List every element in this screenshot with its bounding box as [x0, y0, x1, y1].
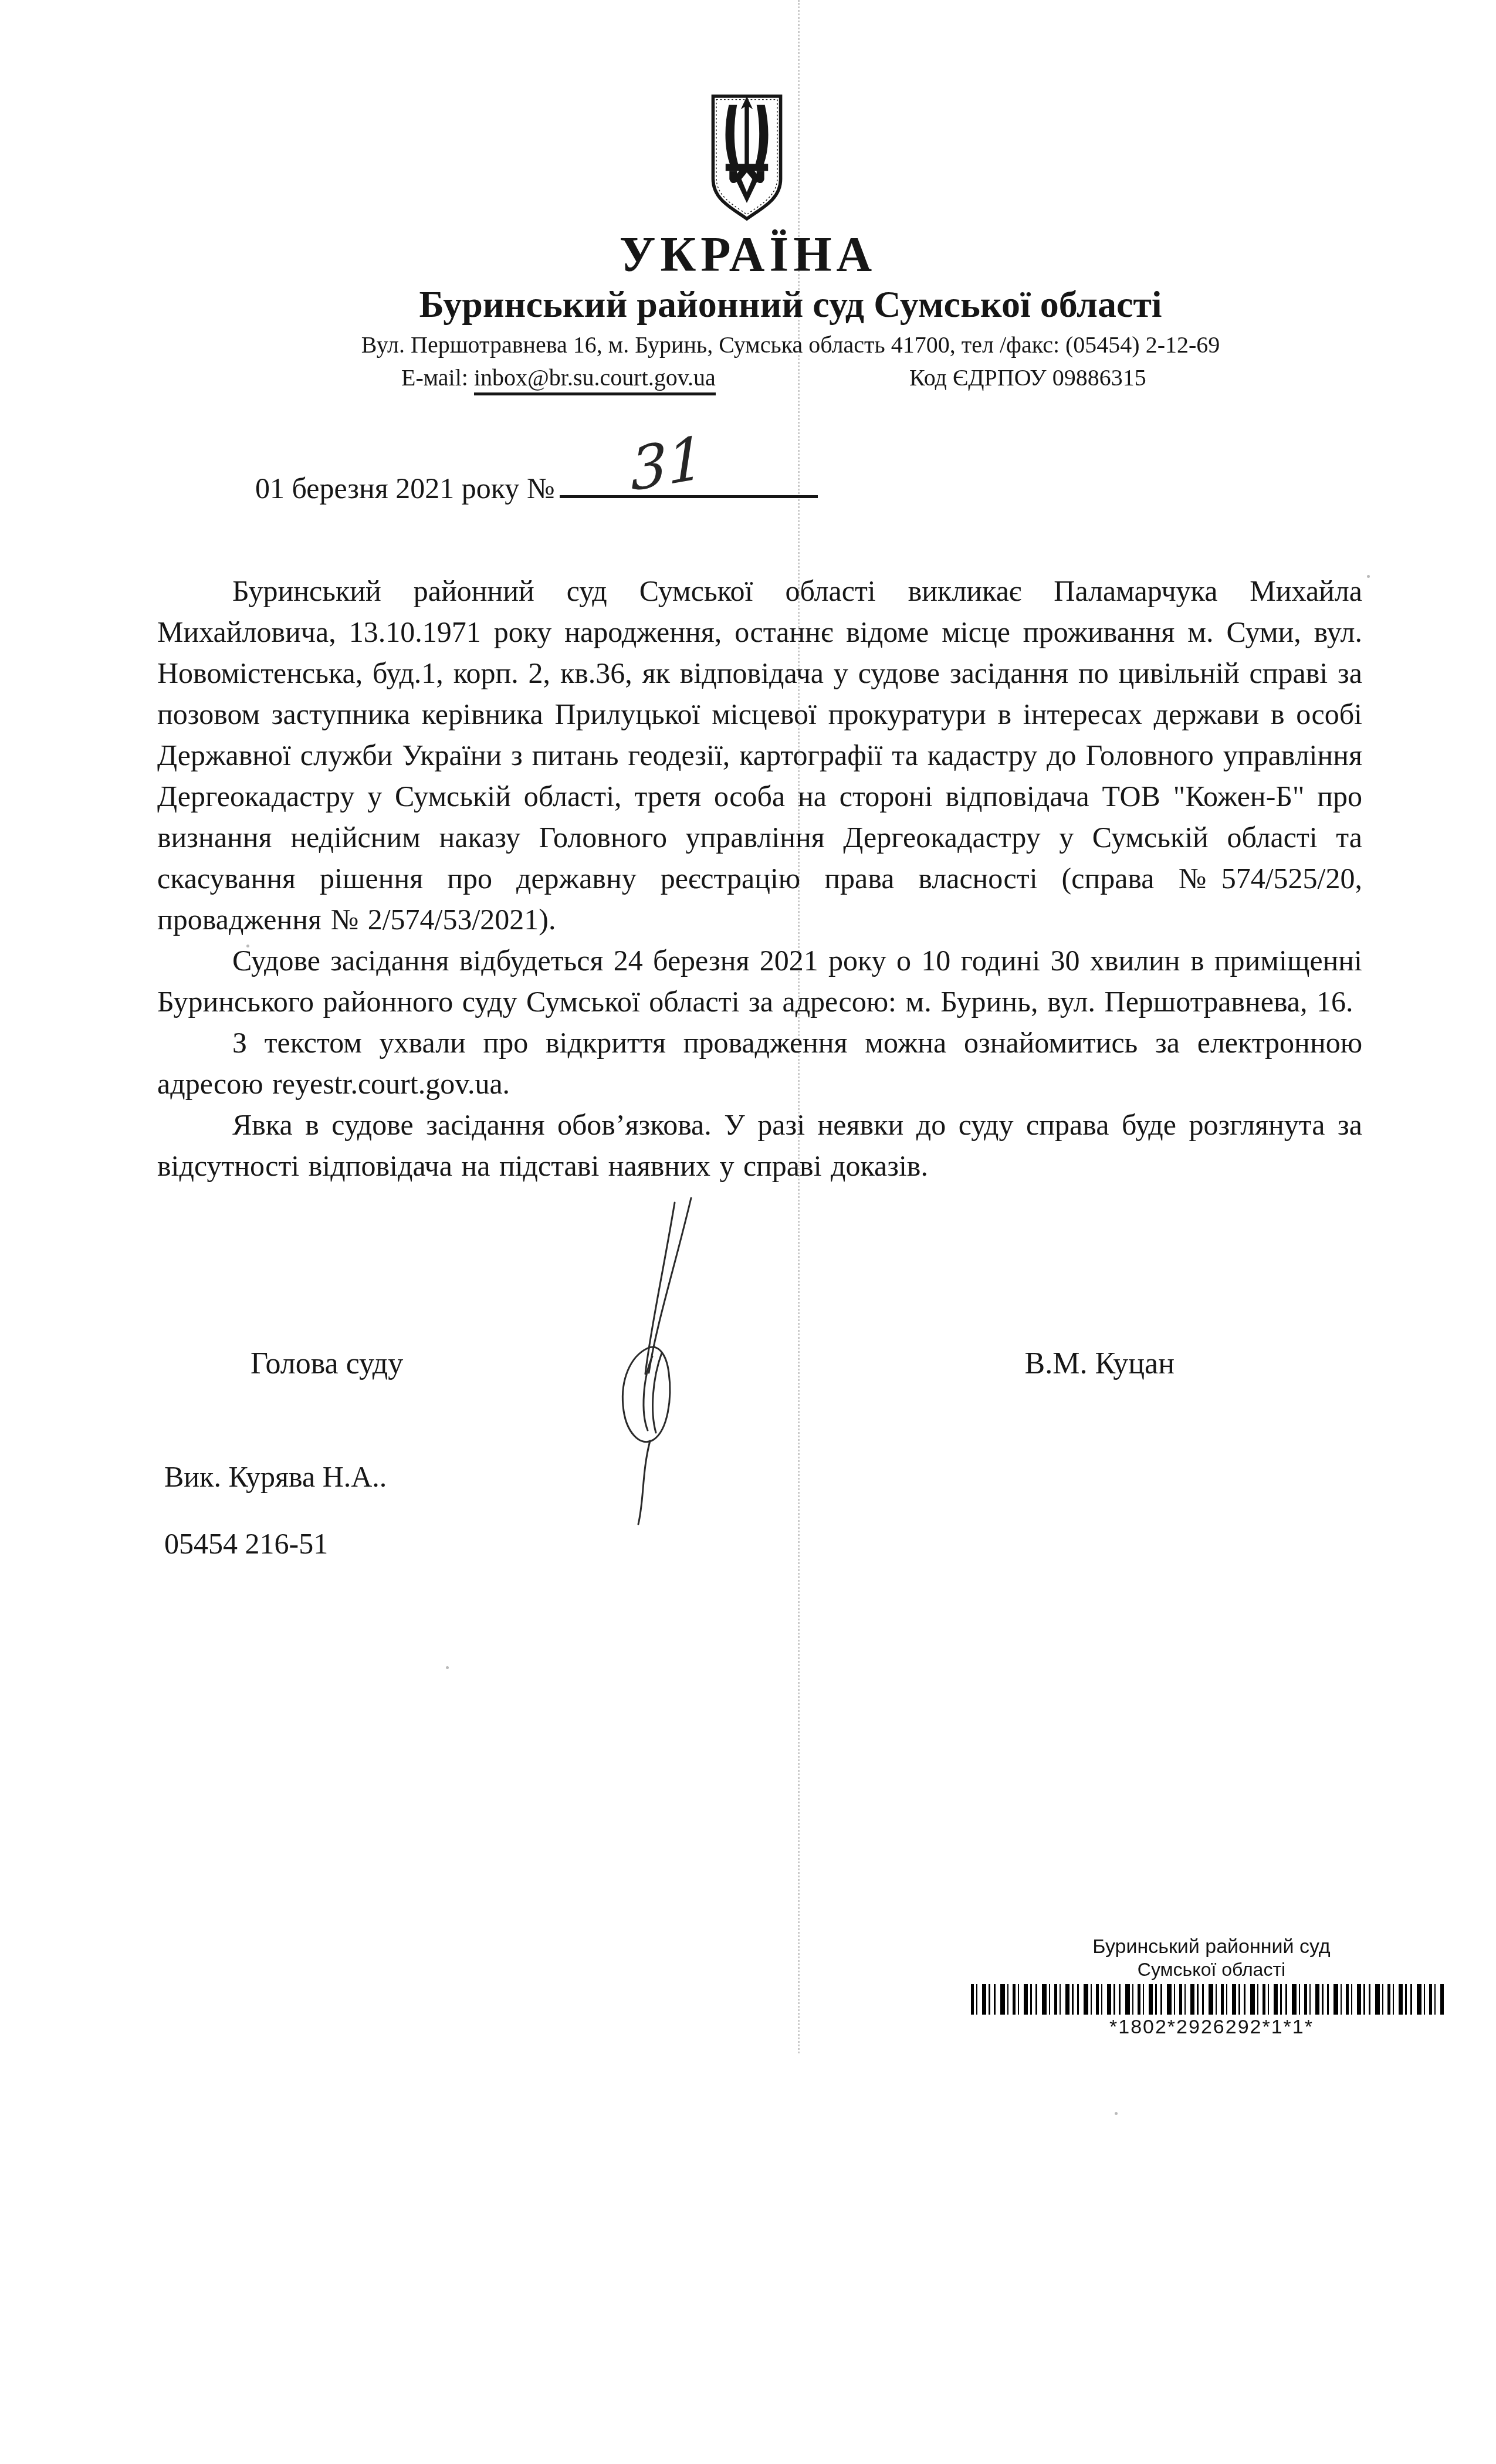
barcode-caption-court: Буринський районний суд	[971, 1935, 1452, 1958]
barcode-icon	[971, 1984, 1444, 2015]
scan-speck	[446, 1666, 449, 1669]
scan-speck	[1367, 575, 1370, 578]
email-link[interactable]: inbox@br.su.court.gov.ua	[474, 364, 716, 395]
barcode-caption-region: Сумської області	[971, 1958, 1452, 1981]
outgoing-number-underline: 31	[560, 463, 818, 498]
registration-barcode-block: Буринський районний суд Сумської області…	[971, 1935, 1452, 2033]
barcode-code-text: *1802*2926292*1*1*	[971, 2016, 1452, 2033]
court-address: Вул. Першотравнева 16, м. Буринь, Сумськ…	[343, 331, 1238, 358]
signer-title: Голова суду	[251, 1346, 403, 1381]
email-label: Е-маіl:	[401, 364, 474, 391]
country-title: УКРАЇНА	[0, 226, 1496, 283]
scan-speck	[1115, 2112, 1118, 2115]
signer-name: В.М. Куцан	[1025, 1346, 1175, 1381]
body-paragraph-hearing: Судове засідання відбудеться 24 березня …	[157, 940, 1362, 1022]
court-name: Буринський районний суд Сумської області	[343, 283, 1238, 326]
body-paragraph-ruling-access: З текстом ухвали про відкриття проваджен…	[157, 1022, 1362, 1104]
executor-name: Вик. Курява Н.А..	[164, 1443, 387, 1510]
email-row: Е-маіl: inbox@br.su.court.gov.ua	[401, 364, 716, 391]
handwritten-outgoing-number: 31	[629, 422, 705, 505]
executor-phone: 05454 216-51	[164, 1510, 387, 1577]
edrpou-code: Код ЄДРПОУ 09886315	[909, 364, 1146, 391]
executor-block: Вик. Курява Н.А.. 05454 216-51	[164, 1443, 387, 1577]
date-label: 01 березня 2021 року №	[255, 472, 555, 505]
body-paragraph-summons: Буринський районний суд Сумської області…	[157, 570, 1362, 940]
date-number-line: 01 березня 2021 року №31	[255, 463, 818, 505]
ukraine-trident-emblem-icon	[709, 87, 785, 228]
signature-row: Голова суду В.М. Куцан	[251, 1346, 1175, 1381]
court-letter-page: УКРАЇНА Буринський районний суд Сумської…	[0, 0, 1496, 2464]
letter-body: Буринський районний суд Сумської області…	[157, 570, 1362, 1186]
body-paragraph-attendance: Явка в судове засідання обов’язкова. У р…	[157, 1104, 1362, 1186]
